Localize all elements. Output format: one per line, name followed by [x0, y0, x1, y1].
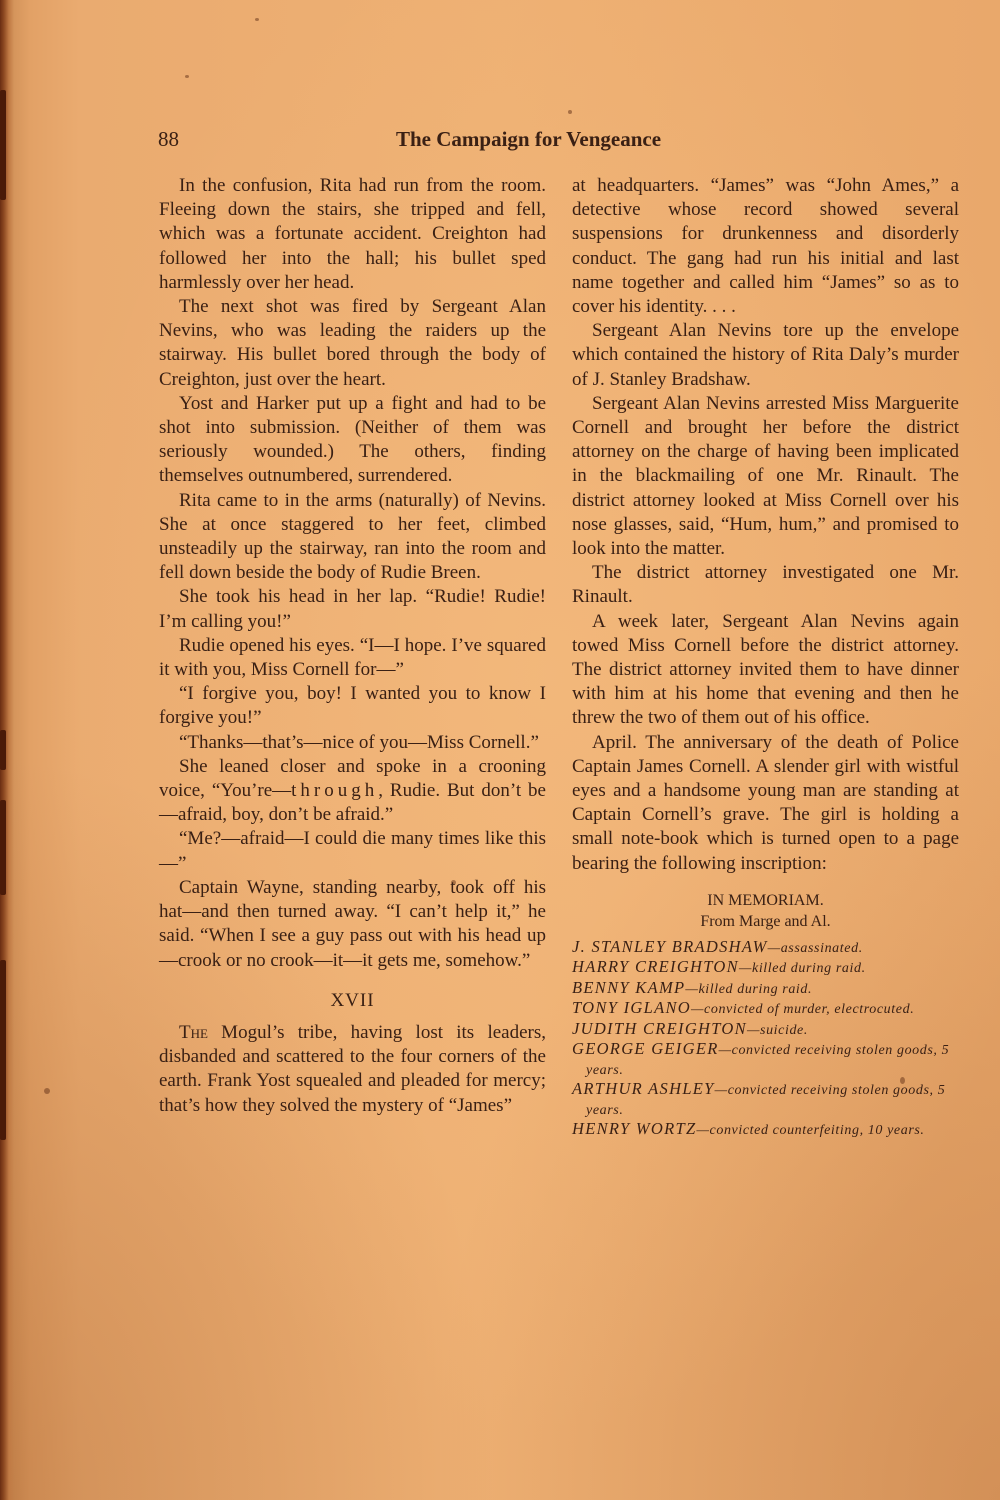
paper-speck	[44, 1088, 50, 1094]
paragraph: Rudie opened his eyes. “I—I hope. I’ve s…	[159, 634, 546, 682]
paragraph: A week later, Sergeant Alan Nevins again…	[572, 610, 959, 731]
memoriam-title: IN MEMORIAM.	[572, 890, 959, 912]
paragraph: “I forgive you, boy! I wanted you to kno…	[159, 682, 546, 730]
memoriam-list: J. STANLEY BRADSHAW—assassinated. HARRY …	[572, 938, 959, 1141]
chapter-number: XVII	[159, 989, 546, 1013]
right-column: at headquarters. “James” was “John Ames,…	[572, 174, 959, 1141]
spaced-word: through	[291, 780, 378, 801]
memoriam-entry: J. STANLEY BRADSHAW—assassinated.	[572, 938, 959, 959]
binding-shadow	[0, 90, 6, 200]
paper-speck	[255, 18, 259, 21]
running-title: The Campaign for Vengeance	[396, 127, 661, 151]
binding-shadow	[0, 960, 6, 1140]
memoriam-entry: GEORGE GEIGER—convicted receiving stolen…	[572, 1040, 959, 1080]
paper-speck	[185, 75, 189, 78]
paragraph-continuation: at headquarters. “James” was “John Ames,…	[572, 174, 959, 319]
entry-name: GEORGE GEIGER	[572, 1039, 719, 1058]
paper-speck	[568, 110, 572, 114]
paragraph: The district attorney investigated one M…	[572, 561, 959, 609]
memoriam-entry: HENRY WORTZ—convicted counterfeiting, 10…	[572, 1120, 959, 1141]
book-page: 88 The Campaign for Vengeance In the con…	[0, 0, 1000, 1500]
memoriam-entry: BENNY KAMP—killed during raid.	[572, 979, 959, 1000]
paragraph-crooning: She leaned closer and spoke in a croonin…	[159, 755, 546, 828]
entry-fate: —killed during raid.	[739, 961, 866, 976]
entry-name: HARRY CREIGHTON	[572, 957, 739, 976]
memoriam-entry: JUDITH CREIGHTON—suicide.	[572, 1020, 959, 1041]
entry-fate: —convicted counterfeiting, 10 years.	[696, 1123, 924, 1138]
entry-name: BENNY KAMP	[572, 978, 685, 997]
entry-name: J. STANLEY BRADSHAW	[572, 937, 768, 956]
entry-fate: —assassinated.	[768, 941, 863, 956]
running-header: 88 The Campaign for Vengeance	[158, 127, 738, 151]
paragraph: Sergeant Alan Nevins tore up the envelop…	[572, 319, 959, 392]
paragraph: April. The anniversary of the death of P…	[572, 731, 959, 876]
entry-name: HENRY WORTZ	[572, 1119, 696, 1138]
paragraph: Captain Wayne, standing nearby, took off…	[159, 876, 546, 973]
book-binding-edge	[0, 0, 14, 1500]
paragraph: Rita came to in the arms (naturally) of …	[159, 489, 546, 586]
left-column: In the confusion, Rita had run from the …	[159, 174, 546, 1118]
paragraph: “Thanks—that’s—nice of you—Miss Cornell.…	[159, 731, 546, 755]
memoriam-subtitle: From Marge and Al.	[572, 912, 959, 932]
memoriam-entry: HARRY CREIGHTON—killed during raid.	[572, 958, 959, 979]
smallcaps-lead-word: The	[179, 1022, 208, 1043]
paragraph: Yost and Harker put up a fight and had t…	[159, 392, 546, 489]
memoriam-entry: ARTHUR ASHLEY—convicted receiving stolen…	[572, 1080, 959, 1120]
paragraph: “Me?—afraid—I could die many times like …	[159, 827, 546, 875]
entry-name: TONY IGLANO	[572, 998, 691, 1017]
paragraph: In the confusion, Rita had run from the …	[159, 174, 546, 295]
entry-fate: —killed during raid.	[685, 982, 812, 997]
paragraph: She took his head in her lap. “Rudie! Ru…	[159, 585, 546, 633]
entry-name: ARTHUR ASHLEY	[572, 1079, 715, 1098]
entry-name: JUDITH CREIGHTON	[572, 1019, 747, 1038]
page-number: 88	[158, 127, 179, 151]
memoriam-entry: TONY IGLANO—convicted of murder, electro…	[572, 999, 959, 1020]
memoriam-inscription: IN MEMORIAM. From Marge and Al. J. STANL…	[572, 890, 959, 1141]
paragraph: The next shot was fired by Sergeant Alan…	[159, 295, 546, 392]
binding-shadow	[0, 730, 6, 770]
chapter-opening-paragraph: The Mogul’s tribe, having lost its leade…	[159, 1021, 546, 1118]
entry-fate: —convicted of murder, electrocuted.	[691, 1002, 914, 1017]
paragraph: Sergeant Alan Nevins arrested Miss Margu…	[572, 392, 959, 561]
entry-fate: —suicide.	[747, 1023, 808, 1038]
binding-shadow	[0, 800, 6, 895]
text-run: Mogul’s tribe, having lost its leaders, …	[159, 1022, 546, 1116]
